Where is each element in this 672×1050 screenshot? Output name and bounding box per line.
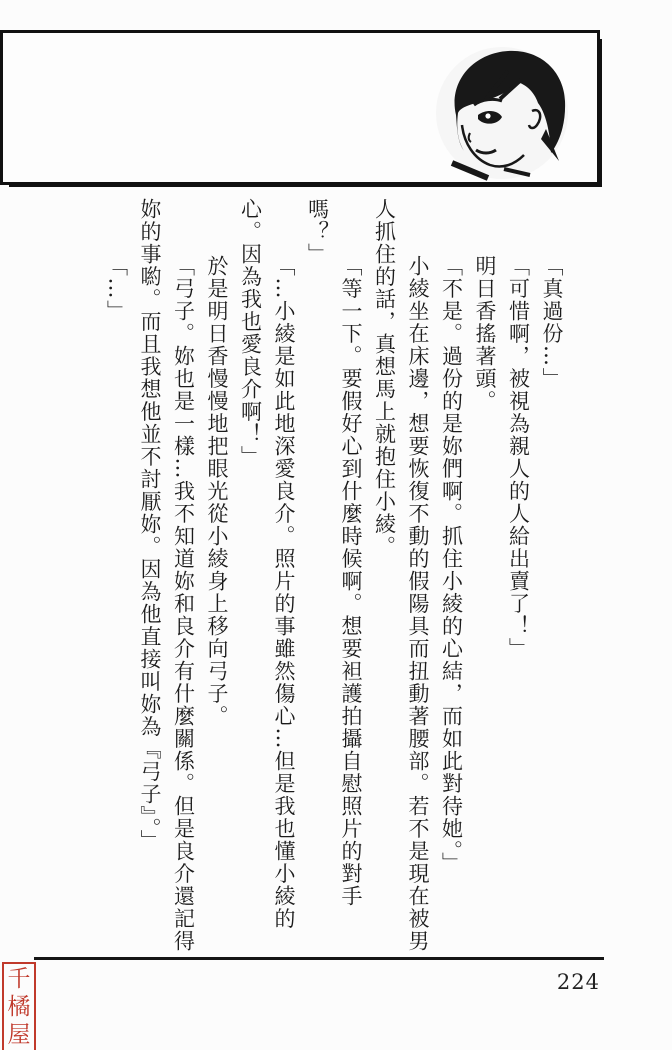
- seal-character: 橘: [8, 993, 31, 1021]
- text-column: 心。因為我也愛良介啊！」: [233, 198, 267, 954]
- footer-rule: [34, 957, 604, 960]
- text-column: 「弓子。妳也是一樣…我不知道妳和良介有什麼關係。但是良介還記得: [166, 198, 200, 954]
- text-column: 於是明日香慢慢地把眼光從小綾身上移向弓子。: [200, 198, 234, 954]
- publisher-seal-stamp: 千 橘 屋: [2, 962, 36, 1050]
- text-column: 人抓住的話，真想馬上就抱住小綾。: [367, 198, 401, 954]
- vertical-text-block: 「真過份…」 「可惜啊，被視為親人的人給出賣了！」 明日香搖著頭。 「不是。過份…: [99, 198, 568, 954]
- text-column: 嗎？」: [300, 198, 334, 954]
- seal-character: 屋: [8, 1021, 31, 1049]
- header-illustration-frame: [0, 30, 600, 185]
- text-column: 「不是。過份的是妳們啊。抓住小綾的心結，而如此對待她。」: [434, 198, 468, 954]
- text-column: 「可惜啊，被視為親人的人給出賣了！」: [501, 198, 535, 954]
- text-column: 「真過份…」: [535, 198, 569, 954]
- seal-character: 千: [8, 965, 31, 993]
- text-column: 妳的事喲。而且我想他並不討厭妳。因為他直接叫妳為『弓子』。」: [133, 198, 167, 954]
- text-column: 「等一下。要假好心到什麼時候啊。想要袒護拍攝自慰照片的對手: [334, 198, 368, 954]
- text-column: 小綾坐在床邊，想要恢復不動的假陽具而扭動著腰部。若不是現在被男: [401, 198, 435, 954]
- text-column: 「…」: [99, 198, 133, 954]
- portrait-illustration: [430, 41, 580, 181]
- text-column: 「…小綾是如此地深愛良介。照片的事雖然傷心…但是我也懂小綾的: [267, 198, 301, 954]
- page-number: 224: [557, 970, 600, 994]
- text-column: 明日香搖著頭。: [468, 198, 502, 954]
